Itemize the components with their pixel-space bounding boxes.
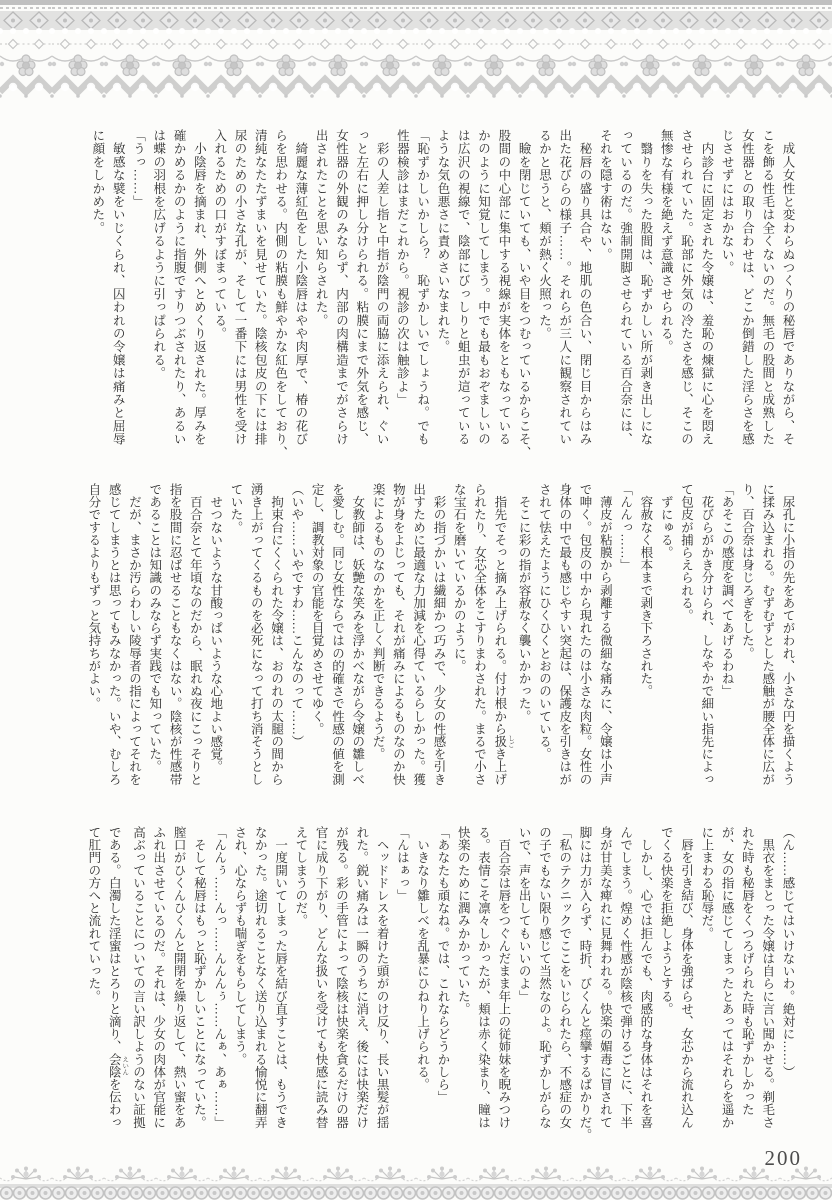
text-line: 確かめるかのように指腹ですりつぶされたり、あるい xyxy=(169,129,189,449)
text-line: 「あそこの感度を調べてあげるわね」 xyxy=(717,483,737,786)
text-line: 入れるための口がすぼまっている。 xyxy=(209,129,229,449)
text-line: 出されたことを思い知らされた。 xyxy=(311,129,331,449)
text-line: いきなり雛しべを乱暴にひねり上げられる。 xyxy=(412,826,432,1127)
text-line: っているのだ。強制開脚させられている百合奈には、 xyxy=(615,129,635,449)
text-line: 瞼を閉じていても、いや目をつむっているからこそ、 xyxy=(514,129,534,449)
text-line: 黒衣をまとった令嬢は自らに言い聞かせる。剃毛さ xyxy=(757,826,777,1127)
text-line: 膣口がひくんひくんと開閉を繰り返して、熱い蜜をあ xyxy=(169,826,189,1127)
text-line: っと左右に押し分けられる。粘膜にまで外気を感じ、 xyxy=(351,129,371,449)
text-line: が、女の指に感じてしまったとあってはそれらを遥か xyxy=(717,826,737,1127)
page-number: 200 xyxy=(765,1146,803,1171)
text-line: させられていた。恥部に外気の冷たさを感じ、そこの xyxy=(676,129,696,449)
text-line: 敏感な襞をいじくられ、囚われの令嬢は痛みと屈辱 xyxy=(108,129,128,449)
text-line: 感じてしまうとは思ってもみなかった。いや、むしろ xyxy=(104,483,124,786)
text-line: いで、声を出してもいいのよ」 xyxy=(514,826,534,1127)
text-line: が残る。彩の手管によって陰核は快楽を貪るだけの器 xyxy=(331,826,351,1127)
text-line: であることは知識のみならず実践でも知っていた。 xyxy=(145,483,165,786)
text-line: の子でもない限り感じて当然なのよ。恥ずかしがらな xyxy=(534,826,554,1127)
text-line: こを飾る性毛は全くないのだ。無毛の股間と成熟した xyxy=(757,129,777,449)
text-line: 自分でするよりもずっと気持ちがよい。 xyxy=(84,483,104,786)
text-line: て包皮が捕らえられる。 xyxy=(676,483,696,786)
text-line: 指先でそっと摘み上げられる。付け根から扱しごき上げ xyxy=(490,483,514,786)
text-line: 翳りを失った股間は、恥ずかしい所が剥き出しにな xyxy=(636,129,656,449)
text-line: 「うっ……」 xyxy=(128,129,148,449)
text-line: ような気色悪さに責めさいなまれた。 xyxy=(433,129,453,449)
text-line: えてしまうのだ。 xyxy=(291,826,311,1127)
text-line: 楽によるものなのかを正しく判断できるようだ。 xyxy=(368,483,388,786)
text-line: かのように知覚してしまう。中でも最もおぞましいの xyxy=(473,129,493,449)
text-line: 無惨な有様を絶えず意識させられる。 xyxy=(656,129,676,449)
text-line: 「んんっ……」 xyxy=(615,483,635,786)
text-line: 容赦なく根本まで剥き下ろされた。 xyxy=(636,483,656,786)
text-line: され、心ならずも喘ぎをもらしてしまう。 xyxy=(230,826,250,1127)
text-line: 定し、調教対象の官能を目覚めさせてゆく。 xyxy=(307,483,327,786)
text-line: 女性器の外観のみならず、内部の肉構造までがさらけ xyxy=(331,129,351,449)
text-block-middle: 尿孔に小指の先をあてがわれ、小さな円を描くように揉み込まれる。むずむずとした感触… xyxy=(84,483,798,786)
text-line: である。白濁した淫蜜はとろりと滴り、会陰えいんを伝わっ xyxy=(104,826,128,1127)
text-line: 「恥ずかしいかしら？ 恥ずかしいでしょうね。でも xyxy=(412,129,432,449)
text-line: な宝石を磨いているかのように。 xyxy=(449,483,469,786)
text-line: 身体の中で最も感じやすい突起は、保護皮を引きはが xyxy=(554,483,574,786)
text-line: 女教師は、妖艶な笑みを浮かべながら令嬢の雛しべ xyxy=(347,483,367,786)
text-line: 小陰唇を摘まれ、外側へとめくり返された。厚みを xyxy=(189,129,209,449)
text-line: て肛門の方へと流れていった。 xyxy=(84,826,104,1127)
text-line: 尿のための小さな孔が、そして一番下には男性を受け xyxy=(230,129,250,449)
text-line: 百合奈は唇をつぐんだまま年上の従姉妹を睨みつけ xyxy=(494,826,514,1127)
text-line: を愛しむ。同じ女性ならではの的確さで性感の値を測 xyxy=(327,483,347,786)
text-line: 綺麗な薄紅色をした小陰唇はやや肉厚で、椿の花び xyxy=(291,129,311,449)
text-line: は蝶の羽根を広げるように引っぱられる。 xyxy=(149,129,169,449)
text-line: んでしまう。煌めく性感が陰核で弾けるごとに、下半 xyxy=(615,826,635,1127)
book-page: 成人女性と変わらぬつくりの秘唇でありながら、そこを飾る性毛は全くないのだ。無毛の… xyxy=(0,0,832,1200)
text-line: せつないような甘酸っぱいような心地よい感覚。 xyxy=(205,483,225,786)
text-line: 成人女性と変わらぬつくりの秘唇でありながら、そ xyxy=(778,129,798,449)
text-line: 百合奈とて年頃なのだから、眠れぬ夜にこっそりと xyxy=(185,483,205,786)
text-line: なかった。途切れることなく送り込まれる愉悦に翻弄 xyxy=(250,826,270,1127)
text-line: る。表情こそ凛々しかったが、頬は赤く染まり、瞳は xyxy=(473,826,493,1127)
text-line: 股間の中心部に集中する視線が実体をともなっている xyxy=(494,129,514,449)
text-line: 「んはぁっ」 xyxy=(392,826,412,1127)
text-line: られたり、女芯全体をこすりまわされた。まるで小さ xyxy=(469,483,489,786)
text-block-top: 成人女性と変わらぬつくりの秘唇でありながら、そこを飾る性毛は全くないのだ。無毛の… xyxy=(84,129,798,449)
text-line: 一度開いてしまった唇を結び直すことは、もうでき xyxy=(270,826,290,1127)
lace-border-bottom-decoration xyxy=(0,1166,832,1200)
text-line: 物が身をよじっても、それが痛みによるものなのか快 xyxy=(388,483,408,786)
text-line: れた時も秘唇をくつろげられた時も恥ずかしかった xyxy=(737,826,757,1127)
text-line: 快楽のために潤みかかっていた。 xyxy=(453,826,473,1127)
text-line: 脚には力が入らず、時折、びくんと痙攣するばかりだ。 xyxy=(575,826,595,1127)
text-line: 清純なたたずまいを見せていた。陰核包皮の下には排 xyxy=(250,129,270,449)
lace-border-top-decoration xyxy=(0,0,832,102)
text-line: 出すために最適な力加減を心得ているらしかった。獲 xyxy=(408,483,428,786)
text-line: らを思わせる。内側の粘膜も鮮やかな紅色をしており、 xyxy=(270,129,290,449)
text-line: 身が甘美な痺れに見舞われる。快楽の媚毒に冒されて xyxy=(595,826,615,1127)
text-line: 「私のテクニックでここをいじられたら、不感症の女 xyxy=(554,826,574,1127)
text-line: 彩の人差し指と中指が陰門の両脇に添えられ、ぐい xyxy=(372,129,392,449)
text-block-bottom: （ん……感じてはいけないわ。絶対に……） 黒衣をまとった令嬢は自らに言い聞かせる… xyxy=(84,826,798,1127)
text-line: 指を股間に忍ばせることもなくはない。陰核が性感帯 xyxy=(165,483,185,786)
text-line: で呻く。包皮の中から現れたのは小さな肉粒。女性の xyxy=(575,483,595,786)
text-line: だが、まさか汚らわしい陵辱者の指によってそれを xyxy=(124,483,144,786)
text-line: （ん……感じてはいけないわ。絶対に……） xyxy=(778,826,798,1127)
text-line: 花びらがかき分けられ、しなやかで細い指先によっ xyxy=(697,483,717,786)
text-line: そして秘唇はもっと恥ずかしいことになっていた。 xyxy=(189,826,209,1127)
text-line: 「んんぅ……んっ……んんんぅ……んぁ、あぁ……」 xyxy=(209,826,229,1127)
text-line: ていた。 xyxy=(226,483,246,786)
text-line: そこに彩の指が容赦なく襲いかかった。 xyxy=(514,483,534,786)
text-line: は広沢の視線で、陰部にびっしりと蛆虫が這っている xyxy=(453,129,473,449)
text-line: 「あなたも頑なね。では、これならどうかしら」 xyxy=(433,826,453,1127)
text-line: 官に成り下がり、どんな扱いを受けても快感に読み替 xyxy=(311,826,331,1127)
text-line: 尿孔に小指の先をあてがわれ、小さな円を描くよう xyxy=(778,483,798,786)
text-line: 高ぶっていることについての言い訳しようのない証拠 xyxy=(128,826,148,1127)
text-line: それを隠す術はない。 xyxy=(595,129,615,449)
text-line: しかし、心では拒んでも、肉感的な身体はそれを喜 xyxy=(636,826,656,1127)
text-line: ヘッドドレスを着けた頭がのけ反り、長い黒髪が揺 xyxy=(372,826,392,1127)
text-line: に揉み込まれる。むずむずとした感触が腰全体に広が xyxy=(757,483,777,786)
text-line: ずにゅる。 xyxy=(656,483,676,786)
text-line: 湧き上がってくるものを必死になって打ち消そうとし xyxy=(246,483,266,786)
text-line: 女性器との取り合わせは、どこか倒錯した淫らさを感 xyxy=(737,129,757,449)
text-line: されて怯えたようにひくひくとおののいている。 xyxy=(534,483,554,786)
text-line: れた。鋭い痛みは一瞬のうちに消え、後には快楽だけ xyxy=(351,826,371,1127)
text-line: 拘束台にくくられた令嬢は、おのれの太腿の間から xyxy=(266,483,286,786)
text-line: （いや……いやですわ……こんなのって……） xyxy=(287,483,307,786)
text-line: 唇を引き結び、身体を強ばらせ、女芯から流れ込ん xyxy=(676,826,696,1127)
text-line: 内診台に固定された令嬢は、羞恥の煉獄に心を悶え xyxy=(697,129,717,449)
text-line: でくる快楽を拒絶しようとする。 xyxy=(656,826,676,1127)
text-line: じさせずにはおかない。 xyxy=(717,129,737,449)
text-line: 秘唇の盛り具合や、地肌の色合い、閉じ目からはみ xyxy=(575,129,595,449)
text-line: 彩の指づかいは繊細かつ巧みで、少女の性感を引き xyxy=(429,483,449,786)
text-line: 出た花びらの様子……。それらが三人に観察されてい xyxy=(554,129,574,449)
text-line: 薄皮が粘膜から剥離する微細な痛みに、令嬢は小声 xyxy=(595,483,615,786)
text-line: 性器検診はまだこれから。視診の次は触診よ」 xyxy=(392,129,412,449)
text-line: ふれ出させているのだ。それは、少女の肉体が官能に xyxy=(149,826,169,1127)
text-line: り、百合奈は身じろぎをした。 xyxy=(737,483,757,786)
text-line: に上まわる恥辱だ。 xyxy=(697,826,717,1127)
text-line: るかと思うと、頬が熱く火照った。 xyxy=(534,129,554,449)
text-line: に顔をしかめた。 xyxy=(88,129,108,449)
